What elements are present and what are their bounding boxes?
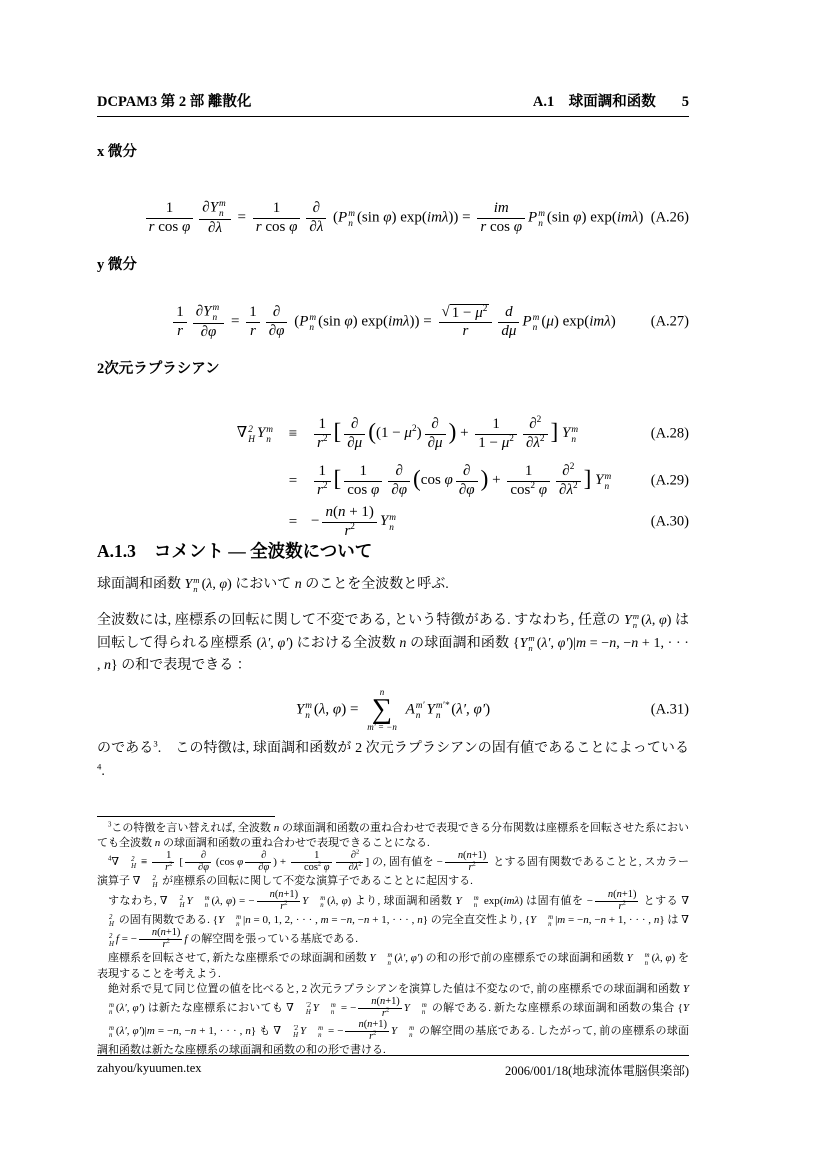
equation-a31-body: Ymn(λ, φ) = n∑m′ = −n Am′nYm′*n(λ′, φ′) <box>296 688 490 732</box>
equation-a29-rhs: 1r2[1cos φ∂∂φ(cos φ∂∂φ) + 1cos2 φ∂2∂λ2] … <box>311 463 689 499</box>
footnotes: 3この特徴を言い替えれば, 全波数 n の球面調和函数の重ね合わせで表現できる分… <box>97 821 689 1058</box>
equation-a30-relation: = <box>275 514 311 531</box>
equation-a26: 1r cos φ∂Ymn∂λ = 1r cos φ∂∂λ (Pmn(sin φ)… <box>97 192 689 244</box>
equation-a27-body: 1r∂Ymn∂φ = 1r∂∂φ (Pmn(sin φ) exp(imλ)) =… <box>170 303 616 341</box>
footnote-3: 3この特徴を言い替えれば, 全波数 n の球面調和函数の重ね合わせで表現できる分… <box>97 821 689 851</box>
equation-a28: ∇2HYmn ≡ 1r2[∂∂μ((1 − μ2)∂∂μ) + 11 − μ2∂… <box>97 410 689 458</box>
header-right: A.1 球面調和函数 5 <box>533 90 689 111</box>
equation-a28-relation: ≡ <box>275 426 311 443</box>
equation-a27: 1r∂Ymn∂φ = 1r∂∂φ (Pmn(sin φ) exp(imλ)) =… <box>97 294 689 350</box>
footnote-rule <box>97 816 275 817</box>
label-y-derivative: y 微分 <box>97 253 137 274</box>
equation-a28-lhs: ∇2HYmn <box>97 423 275 445</box>
equation-a26-number: (A.26) <box>651 210 689 227</box>
footer-date-credit: 2006/001/18(地球流体電脳倶楽部) <box>505 1061 689 1079</box>
footnote-4-part1: 4∇2H ≡ 1r2 [∂∂φ (cos φ∂∂φ) + 1cos2 φ∂2∂λ… <box>97 851 689 890</box>
footnote-4-part4: 絶対系で見て同じ位置の値を比べると, 2 次元ラプラシアンを演算した値は不変なの… <box>97 982 689 1058</box>
header-page-number: 5 <box>682 94 689 111</box>
equation-a30: = −n(n + 1)r2Ymn (A.30) <box>97 503 689 541</box>
footer-rule <box>97 1055 689 1056</box>
page-header: DCPAM3 第 2 部 離散化 A.1 球面調和函数 5 <box>97 90 689 117</box>
label-2d-laplacian: 2次元ラプラシアン <box>97 357 220 378</box>
text-column: DCPAM3 第 2 部 離散化 A.1 球面調和函数 5 x 微分 1r co… <box>97 0 689 1169</box>
equation-a30-rhs: −n(n + 1)r2Ymn <box>311 504 689 540</box>
equation-a29-number: (A.29) <box>651 473 689 490</box>
footnote-4-part3: 座標系を回転させて, 新たな座標系での球面調和函数 Ymn(λ′, φ′) の和… <box>97 951 689 982</box>
subsection-title: コメント — 全波数について <box>154 541 372 561</box>
header-section-title: A.1 球面調和函数 <box>533 90 656 111</box>
equation-a29-relation: = <box>275 473 311 490</box>
footer-source-file: zahyou/kyuumen.tex <box>97 1061 202 1079</box>
label-x-derivative: x 微分 <box>97 140 137 161</box>
header-left-title: DCPAM3 第 2 部 離散化 <box>97 90 251 111</box>
equation-a27-number: (A.27) <box>651 314 689 331</box>
equation-a28-number: (A.28) <box>651 426 689 443</box>
document-page: DCPAM3 第 2 部 離散化 A.1 球面調和函数 5 x 微分 1r co… <box>0 0 826 1169</box>
equation-a31: Ymn(λ, φ) = n∑m′ = −n Am′nYm′*n(λ′, φ′) … <box>97 680 689 740</box>
paragraph-total-wavenumber-def: 球面調和函数 Ymn(λ, φ) において n のことを全波数と呼ぶ. <box>97 574 689 597</box>
subsection-heading: A.1.3コメント — 全波数について <box>97 538 372 563</box>
equation-a28-rhs: 1r2[∂∂μ((1 − μ2)∂∂μ) + 11 − μ2∂2∂λ2] Ymn <box>311 416 689 452</box>
paragraph-rotation-invariance: 全波数には, 座標系の回転に関して不変である, という特徴がある. すなわち, … <box>97 610 689 678</box>
equation-a29: = 1r2[1cos φ∂∂φ(cos φ∂∂φ) + 1cos2 φ∂2∂λ2… <box>97 458 689 504</box>
equation-a30-number: (A.30) <box>651 514 689 531</box>
equation-a26-body: 1r cos φ∂Ymn∂λ = 1r cos φ∂∂λ (Pmn(sin φ)… <box>143 199 644 237</box>
equation-a31-number: (A.31) <box>651 702 689 719</box>
page-footer: zahyou/kyuumen.tex 2006/001/18(地球流体電脳倶楽部… <box>97 1061 689 1079</box>
footnote-4-part2: すなわち, ∇2HYmn(λ, φ) = −n(n+1)r2Ymn(λ, φ) … <box>97 890 689 952</box>
subsection-number: A.1.3 <box>97 541 136 561</box>
paragraph-eigenvalue-remark: のである3. この特徴は, 球面調和函数が 2 次元ラプラシアンの固有値であるこ… <box>97 738 689 783</box>
